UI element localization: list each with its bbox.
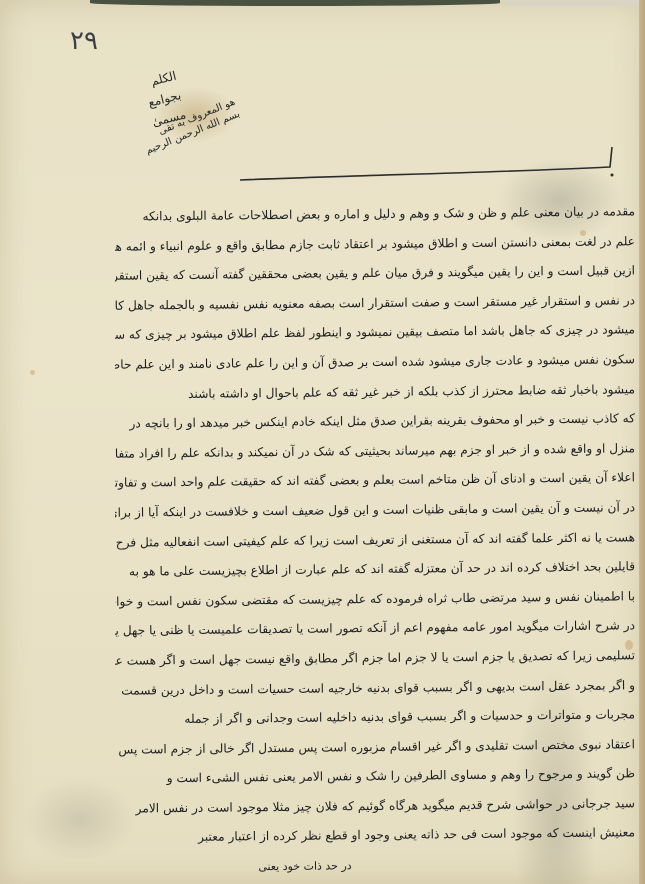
page-right-edge (639, 0, 645, 884)
ink-speck (30, 370, 35, 375)
text-line: مقدمه در بیان معنی علم و ظن و شک و وهم و… (115, 197, 635, 232)
text-line: در آن نیست و آن یقین است و مابقی ظنیات ا… (115, 493, 635, 528)
folio-number: ۲۹ (70, 26, 98, 56)
text-line: تسلیمی زیرا که تصدیق یا جزم است یا لا جز… (115, 641, 635, 676)
page-top-edge (505, 0, 645, 6)
heading-flourish-line (240, 145, 620, 185)
body-text: مقدمه در بیان معنی علم و ظن و شک و وهم و… (115, 200, 635, 881)
text-line: سکون نفس میشود و عادت جاری میشود شده است… (115, 345, 635, 380)
binding-shadow (90, 0, 500, 6)
text-line-final: در حد ذات خود یعنی (115, 848, 635, 883)
manuscript-page: ۲۹ الکلم بجوامع مسمیٰ هو المعروف به تقی … (0, 0, 645, 884)
